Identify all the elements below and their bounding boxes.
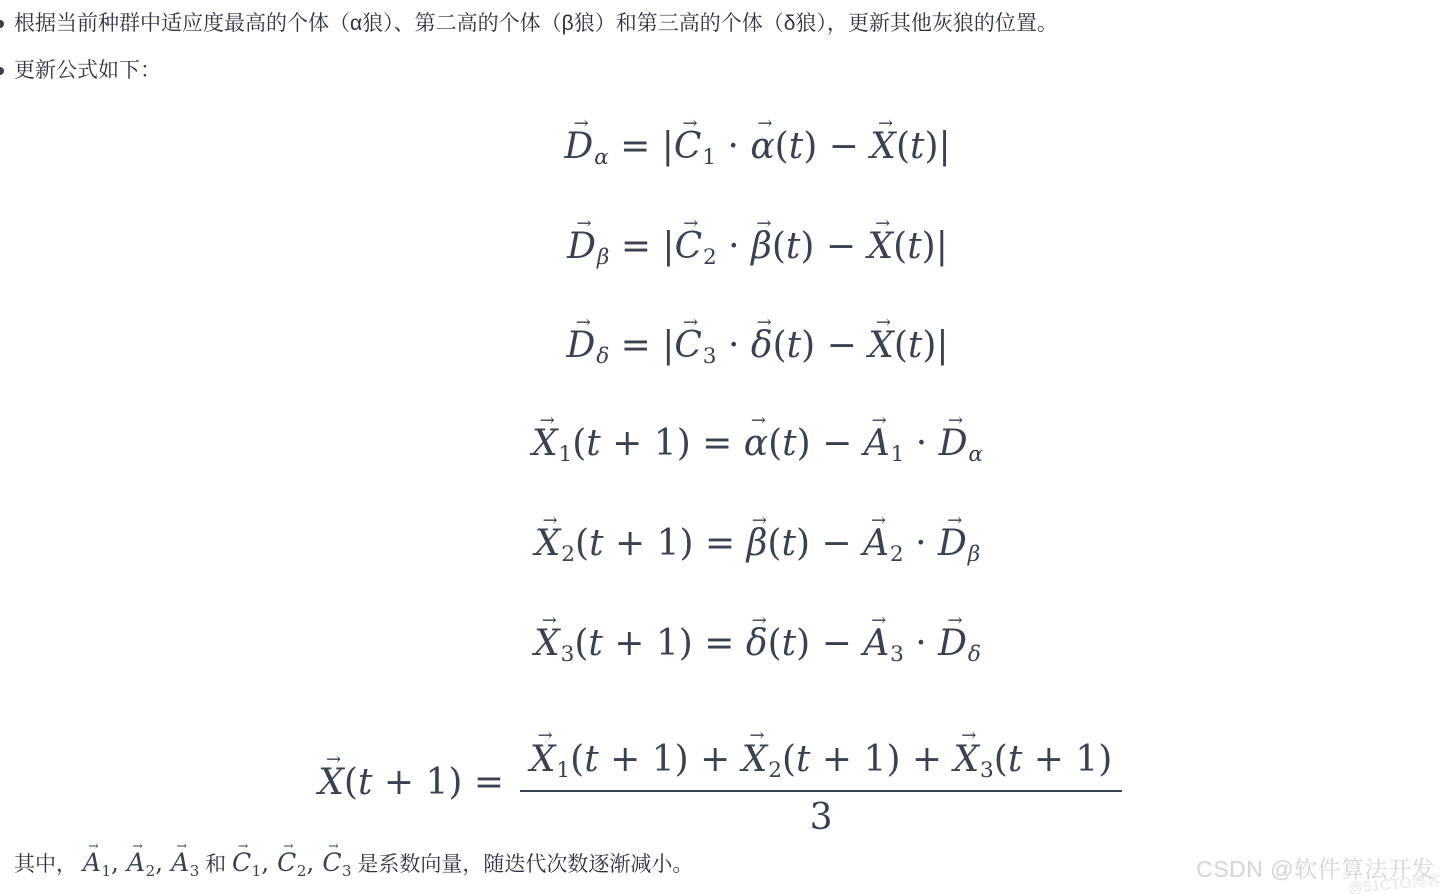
vector-symbol: →X: [868, 323, 894, 368]
vector-arrow-icon: →: [752, 512, 767, 530]
vector-arrow-icon: →: [876, 314, 891, 332]
bullet-dot: [0, 20, 4, 28]
vector-arrow-icon: →: [947, 512, 962, 530]
vector-arrow-icon: →: [542, 612, 557, 630]
vector-arrow-icon: →: [88, 840, 98, 853]
list-item: 根据当前种群中适应度最高的个体（α狼）、第二高的个体（β狼）和第三高的个体（δ狼…: [14, 10, 1429, 38]
vector-arrow-icon: →: [540, 412, 555, 430]
vector-symbol: →C1: [674, 124, 716, 172]
vector-symbol: →C3: [322, 846, 351, 888]
vector-arrow-icon: →: [947, 612, 962, 630]
vector-arrow-icon: →: [682, 115, 697, 133]
vector-arrow-icon: →: [683, 215, 698, 233]
vector-arrow-icon: →: [961, 727, 976, 745]
vector-symbol: →β: [751, 224, 772, 269]
list-item: 更新公式如下：: [14, 57, 1429, 85]
vector-symbol: →A3: [171, 846, 199, 888]
vector-symbol: →A1: [864, 421, 905, 469]
vector-symbol: →A2: [863, 521, 904, 569]
vector-symbol: →C2: [675, 224, 717, 272]
vector-symbol: →α: [750, 124, 774, 169]
fraction: →X1(t + 1) + →X2(t + 1) + →X3(t + 1)3: [520, 722, 1123, 840]
formula-x3-update: →X3(t + 1) = →δ(t) − →A3 · →Dδ: [0, 621, 1445, 669]
vector-arrow-icon: →: [683, 314, 698, 332]
vector-arrow-icon: →: [238, 840, 248, 853]
cjk-text: 其中，: [14, 853, 83, 876]
vector-arrow-icon: →: [751, 412, 766, 430]
vector-arrow-icon: →: [542, 512, 557, 530]
vector-arrow-icon: →: [871, 612, 886, 630]
vector-symbol: →X3: [954, 737, 994, 785]
vector-symbol: →δ: [746, 621, 768, 666]
vector-arrow-icon: →: [574, 115, 589, 133]
vector-arrow-icon: →: [283, 840, 293, 853]
vector-symbol: →α: [744, 421, 768, 466]
vector-symbol: →X2: [535, 521, 575, 569]
vector-arrow-icon: →: [871, 512, 886, 530]
vector-arrow-icon: →: [872, 412, 887, 430]
footnote-line: 其中， →A1, →A2, →A3 和 →C1, →C2, →C3 是系数向量，…: [14, 846, 693, 888]
vector-arrow-icon: →: [328, 840, 338, 853]
vector-arrow-icon: →: [878, 115, 893, 133]
vector-arrow-icon: →: [177, 840, 187, 853]
formula-x-combined: →X(t + 1) = →X1(t + 1) + →X2(t + 1) + →X…: [0, 726, 1445, 844]
formula-d-alpha: →Dα = |→C1 · →α(t) − →X(t)|: [0, 124, 1445, 172]
cjk-text: 和: [199, 853, 232, 876]
vector-symbol: →A1: [83, 846, 111, 888]
vector-symbol: →A3: [863, 621, 904, 669]
vector-symbol: →X3: [534, 621, 574, 669]
vector-arrow-icon: →: [132, 840, 142, 853]
vector-symbol: →δ: [751, 323, 773, 368]
formula-x1-update: →X1(t + 1) = →α(t) − →A1 · →Dα: [0, 421, 1445, 469]
cjk-text: 是系数向量，随迭代次数逐渐减小。: [352, 853, 694, 876]
vector-symbol: →X1: [532, 421, 572, 469]
bullet-list: 根据当前种群中适应度最高的个体（α狼）、第二高的个体（β狼）和第三高的个体（δ狼…: [14, 10, 1429, 104]
vector-arrow-icon: →: [326, 751, 341, 769]
vector-symbol: →X: [868, 224, 894, 269]
vector-symbol: →X: [870, 124, 896, 169]
vector-symbol: →Dδ: [938, 621, 981, 669]
vector-symbol: →β: [747, 521, 768, 566]
formula-d-delta: →Dδ = |→C3 · →δ(t) − →X(t)|: [0, 323, 1445, 371]
vector-symbol: →X2: [742, 737, 782, 785]
list-item-text: 根据当前种群中适应度最高的个体（α狼）、第二高的个体（β狼）和第三高的个体（δ狼…: [14, 12, 1058, 35]
vector-symbol: →Dα: [939, 421, 983, 469]
vector-symbol: →C3: [674, 323, 716, 371]
vector-symbol: →Dβ: [567, 224, 609, 272]
vector-symbol: →Dδ: [566, 323, 609, 371]
vector-symbol: →Dα: [564, 124, 608, 172]
vector-arrow-icon: →: [757, 314, 772, 332]
vector-symbol: →C2: [277, 846, 306, 888]
vector-arrow-icon: →: [757, 115, 772, 133]
vector-arrow-icon: →: [749, 727, 764, 745]
vector-arrow-icon: →: [875, 215, 890, 233]
vector-symbol: →C1: [232, 846, 261, 888]
vector-arrow-icon: →: [538, 727, 553, 745]
vector-symbol: →Dβ: [938, 521, 980, 569]
vector-symbol: →A2: [127, 846, 155, 888]
vector-arrow-icon: →: [756, 215, 771, 233]
vector-arrow-icon: →: [752, 612, 767, 630]
formula-x2-update: →X2(t + 1) = →β(t) − →A2 · →Dβ: [0, 521, 1445, 569]
formula-d-beta: →Dβ = |→C2 · →β(t) − →X(t)|: [0, 224, 1445, 272]
vector-arrow-icon: →: [576, 215, 591, 233]
vector-arrow-icon: →: [576, 314, 591, 332]
vector-arrow-icon: →: [948, 412, 963, 430]
vector-symbol: →X1: [530, 737, 570, 785]
vector-symbol: →X: [318, 760, 344, 805]
list-item-text: 更新公式如下：: [14, 59, 161, 82]
bullet-dot: [0, 67, 4, 75]
